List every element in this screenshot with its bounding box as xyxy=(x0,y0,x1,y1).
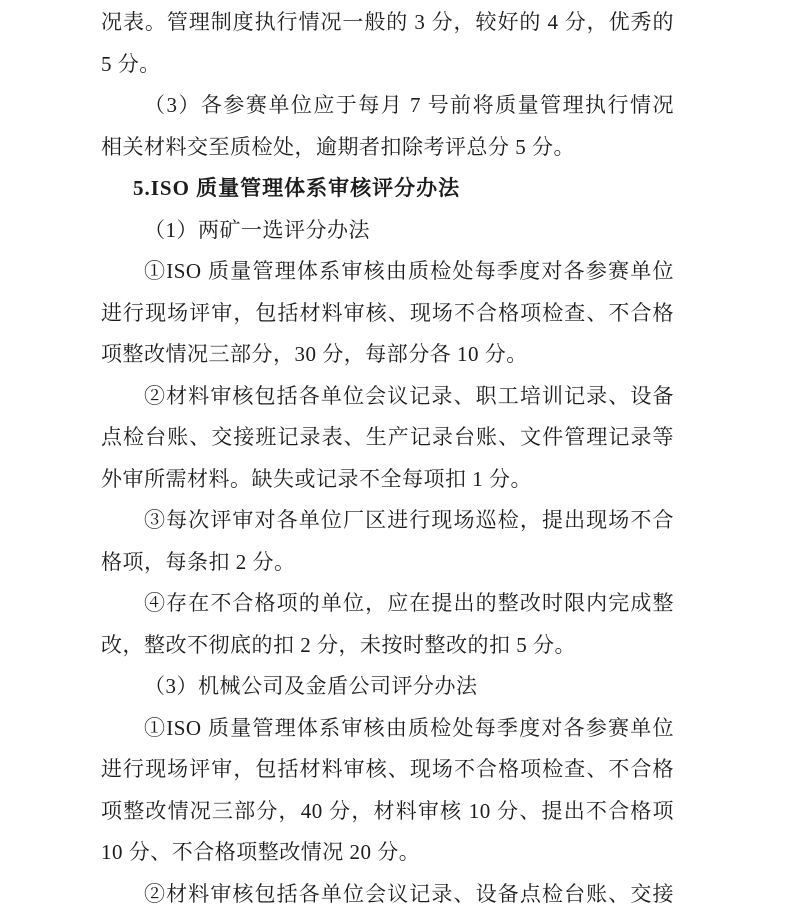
text-line: 5 分。 xyxy=(101,44,674,86)
text-line: 改，整改不彻底的扣 2 分，未按时整改的扣 5 分。 xyxy=(101,625,674,667)
text-line: 相关材料交至质检处，逾期者扣除考评总分 5 分。 xyxy=(101,127,674,169)
section-heading: 5.ISO 质量管理体系审核评分办法 xyxy=(101,168,674,210)
text-line: ④存在不合格项的单位，应在提出的整改时限内完成整 xyxy=(101,583,674,625)
text-line: ③每次评审对各单位厂区进行现场巡检，提出现场不合 xyxy=(101,500,674,542)
text-line: 外审所需材料。缺失或记录不全每项扣 1 分。 xyxy=(101,459,674,501)
text-line: 进行现场评审，包括材料审核、现场不合格项检查、不合格 xyxy=(101,293,674,335)
text-line: 况表。管理制度执行情况一般的 3 分，较好的 4 分，优秀的 xyxy=(101,2,674,44)
document-page: 况表。管理制度执行情况一般的 3 分，较好的 4 分，优秀的 5 分。 （3）各… xyxy=(0,0,793,915)
text-line: 进行现场评审，包括材料审核、现场不合格项检查、不合格 xyxy=(101,749,674,791)
subsection-heading: （3）机械公司及金盾公司评分办法 xyxy=(101,666,674,708)
text-line: ①ISO 质量管理体系审核由质检处每季度对各参赛单位 xyxy=(101,708,674,750)
subsection-heading: （1）两矿一选评分办法 xyxy=(101,210,674,252)
text-line: 10 分、不合格项整改情况 20 分。 xyxy=(101,832,674,874)
text-line: ②材料审核包括各单位会议记录、设备点检台账、交接 xyxy=(101,874,674,915)
text-line: ①ISO 质量管理体系审核由质检处每季度对各参赛单位 xyxy=(101,251,674,293)
text-line: ②材料审核包括各单位会议记录、职工培训记录、设备 xyxy=(101,376,674,418)
text-line: 点检台账、交接班记录表、生产记录台账、文件管理记录等 xyxy=(101,417,674,459)
text-line: （3）各参赛单位应于每月 7 号前将质量管理执行情况 xyxy=(101,85,674,127)
text-line: 格项，每条扣 2 分。 xyxy=(101,542,674,584)
text-line: 项整改情况三部分，30 分，每部分各 10 分。 xyxy=(101,334,674,376)
text-line: 项整改情况三部分，40 分，材料审核 10 分、提出不合格项 xyxy=(101,791,674,833)
